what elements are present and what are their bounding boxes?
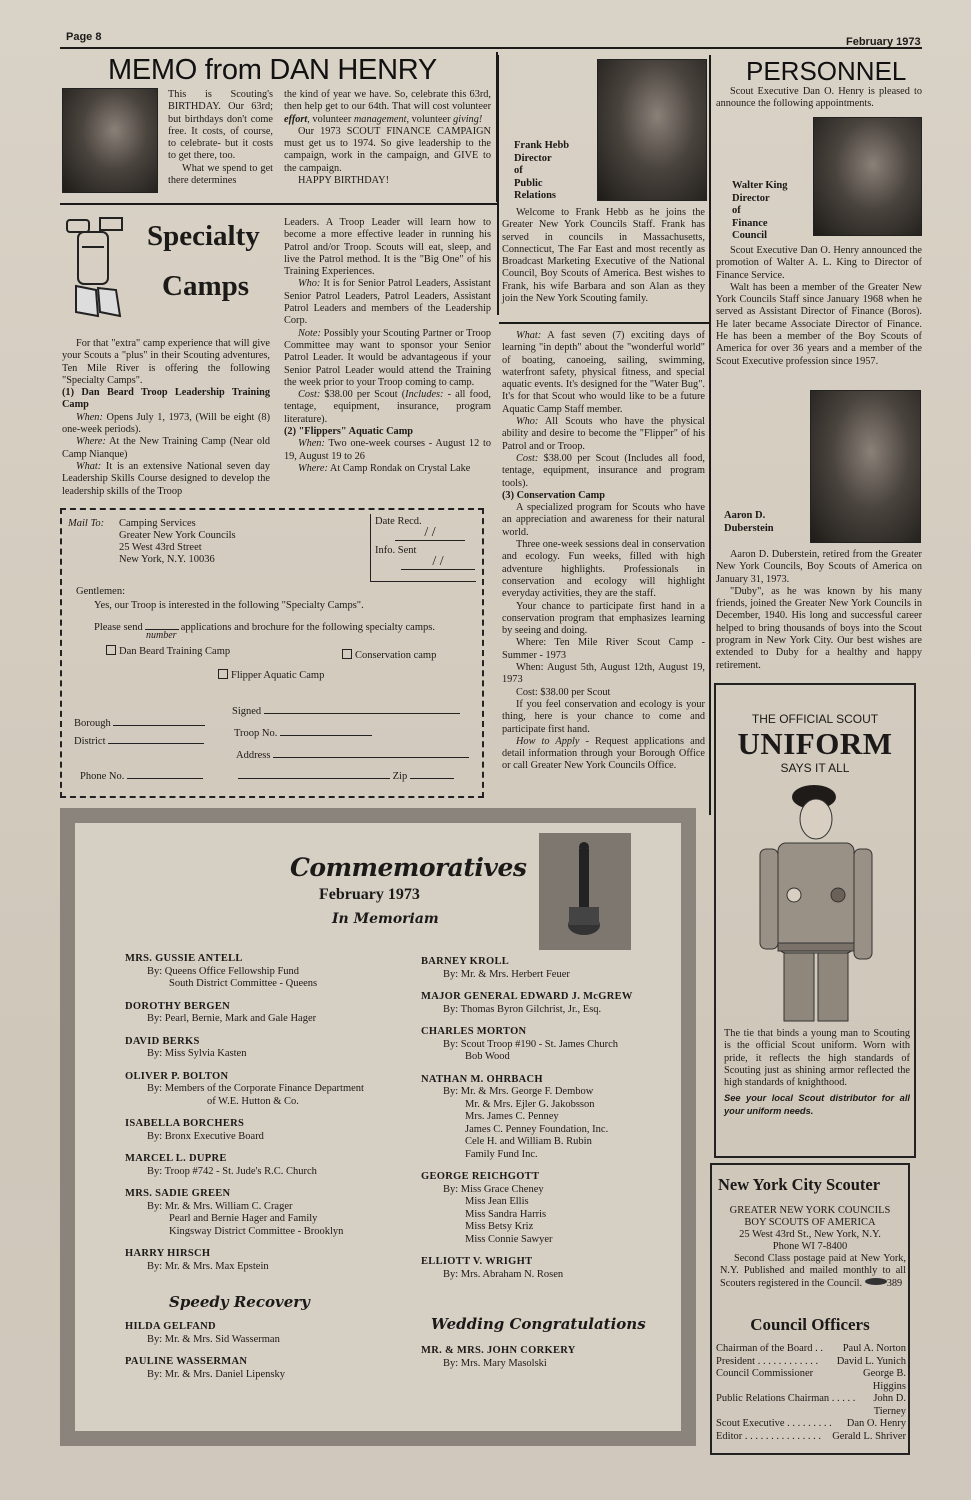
memoriam-entry: ISABELLA BORCHERSBy: Bronx Executive Boa… [125,1118,425,1143]
recovery-entry: HILDA GELFANDBy: Mr. & Mrs. Sid Wasserma… [125,1321,425,1346]
district-field[interactable]: District [74,734,204,747]
page-number: Page 8 [66,31,101,43]
aaron-duberstein-photo [810,390,921,543]
camp2-when: When: Two one-week courses - August 12 t… [284,438,491,463]
camp1-note: Note: Possibly your Scouting Partner or … [284,328,491,389]
king-caption: Walter KingDirectorofFinanceCouncil [732,180,788,243]
specialty-camps-order-form: Mail To: Camping ServicesGreater New Yor… [60,508,484,798]
commemoratives-box: Commemoratives February 1973 In Memoriam… [60,808,696,1446]
memoriam-entry: DOROTHY BERGENBy: Pearl, Bernie, Mark an… [125,1001,425,1026]
masthead-title: New York City Scouter [718,1175,880,1195]
officer-row: Editor . . . . . . . . . . . . . . .Gera… [716,1431,906,1444]
memo-text-5: HAPPY BIRTHDAY! [284,175,491,187]
troop-no-field[interactable]: Troop No. [234,726,372,739]
camp2-what: What: A fast seven (7) exciting days of … [502,330,705,416]
camp1-cont: Leaders. A Troop Leader will learn how t… [284,217,491,278]
column-divider-right [709,55,711,815]
camp3-p4: If you feel conservation and ecology is … [502,699,705,736]
memoriam-entry: MARCEL L. DUPREBy: Troop #742 - St. Jude… [125,1153,425,1178]
backpack-boots-icon [62,212,132,327]
camp3-cost: Cost: $38.00 per Scout [502,687,705,699]
speedy-recovery-title: Speedy Recovery [169,1293,425,1311]
checkbox-flipper[interactable]: Flipper Aquatic Camp [218,669,324,681]
memo-text-2: What we spend to get there determines [168,163,273,188]
specialty-title-1: Specialty [147,220,260,253]
dub-p2: "Duby", as he was known by his many frie… [716,586,922,672]
column-divider [497,55,499,315]
uniform-ad-line1: THE OFFICIAL SCOUT [716,712,914,726]
personnel-intro: Scout Executive Dan O. Henry is pleased … [716,86,922,111]
address-field[interactable]: Address [236,748,469,761]
memo-text-3: the kind of year we have. So, celebrate … [284,89,491,126]
scout-uniform-illustration-icon [746,783,886,1023]
memoriam-right-column: BARNEY KROLLBy: Mr. & Mrs. Herbert Feuer… [421,956,691,1380]
camp1-what: What: It is an extensive National seven … [62,461,270,498]
memoriam-entry: CHARLES MORTONBy: Scout Troop #190 - St.… [421,1026,691,1064]
camp2-where: Where: At Camp Rondak on Crystal Lake [284,463,491,475]
camp3-where: Where: Ten Mile River Scout Camp - Summe… [502,637,705,662]
checkbox-conservation[interactable]: Conservation camp [342,649,436,661]
memoriam-left-column: MRS. GUSSIE ANTELLBy: Queens Office Fell… [125,953,425,1391]
form-line2: Please sendapplications and brochure for… [94,620,435,633]
wedding-entry: MR. & MRS. JOHN CORKERYBy: Mrs. Mary Mas… [421,1345,691,1370]
officers-list: Chairman of the Board . .Paul A. Norton … [716,1343,906,1443]
camp1-heading: (1) Dan Beard Troop Leadership Training … [62,387,270,412]
memoriam-entry: HARRY HIRSCHBy: Mr. & Mrs. Max Epstein [125,1248,425,1273]
hebb-rule [499,322,709,324]
masthead-org: GREATER NEW YORK COUNCILSBOY SCOUTS OF A… [712,1205,908,1253]
officer-row: Scout Executive . . . . . . . . .Dan O. … [716,1418,906,1431]
zip-field[interactable]: Zip [238,769,454,782]
wedding-title: Wedding Congratulations [431,1315,691,1333]
king-p1: Scout Executive Dan O. Henry announced t… [716,245,922,282]
camp2-who: Who: All Scouts who have the physical ab… [502,416,705,453]
mail-to-address: Camping ServicesGreater New York Council… [119,518,236,566]
camp2-cost: Cost: $38.00 per Scout (Includes all foo… [502,453,705,490]
memoriam-entry: OLIVER P. BOLTONBy: Members of the Corpo… [125,1071,425,1109]
borough-field[interactable]: Borough [74,716,205,729]
camp3-p1: A specialized program for Scouts who hav… [502,502,705,539]
form-line1: Yes, our Troop is interested in the foll… [94,600,364,611]
personnel-title: PERSONNEL [746,56,906,87]
uniform-ad-headline: UNIFORM [716,726,914,762]
camp3-when: When: August 5th, August 12th, August 19… [502,662,705,687]
uniform-ad-body: The tie that binds a young man to Scouti… [724,1028,910,1089]
commemoratives-title: Commemoratives [290,853,526,882]
uniform-ad-line3: SAYS IT ALL [716,761,914,775]
officer-row: Chairman of the Board . .Paul A. Norton [716,1343,906,1356]
statue-icon [539,833,631,950]
phone-field[interactable]: Phone No. [80,769,203,782]
signed-field[interactable]: Signed [232,704,460,717]
walter-king-photo [813,117,922,236]
number-field[interactable] [145,620,179,630]
info-sent-field[interactable]: / / [401,556,475,570]
camp1-when: When: Opens July 1, 1973, (Will be eight… [62,412,270,437]
camp1-who: Who: It is for Senior Patrol Leaders, As… [284,278,491,327]
officer-row: Council CommissionerGeorge B. Higgins [716,1368,906,1393]
camp2-heading: (2) "Flippers" Aquatic Camp [284,426,491,438]
newspaper-page: Page 8 February 1973 MEMO from DAN HENRY… [0,0,971,1500]
statue-photo [539,833,631,950]
memo-text-4: Our 1973 SCOUT FINANCE CAMPAIGN must get… [284,126,491,175]
salutation: Gentlemen: [76,586,125,597]
specialty-intro: For that "extra" camp experience that wi… [62,338,270,387]
memoriam-entry: MAJOR GENERAL EDWARD J. McGREWBy: Thomas… [421,991,691,1016]
union-bug-icon [865,1278,887,1285]
officers-title: Council Officers [712,1315,908,1335]
memoriam-entry: MRS. GUSSIE ANTELLBy: Queens Office Fell… [125,953,425,991]
masthead-box: New York City Scouter GREATER NEW YORK C… [710,1163,910,1455]
memoriam-entry: NATHAN M. OHRBACHBy: Mr. & Mrs. George F… [421,1074,691,1162]
duberstein-caption: Aaron D.Duberstein [724,510,774,535]
memo-rule [60,203,498,205]
mail-to-label: Mail To: [68,518,104,529]
hebb-text: Welcome to Frank Hebb as he joins the Gr… [502,207,705,305]
checkbox-icon [218,669,228,679]
memoriam-entry: GEORGE REICHGOTTBy: Miss Grace Cheney Mi… [421,1171,691,1246]
commemoratives-date: February 1973 [319,886,420,904]
specialty-title-2: Camps [162,270,249,303]
memoriam-entry: MRS. SADIE GREENBy: Mr. & Mrs. William C… [125,1188,425,1238]
date-recd-field[interactable]: / / [395,527,465,541]
camp3-p2: Three one-week sessions deal in conserva… [502,539,705,600]
officer-row: President . . . . . . . . . . . .David L… [716,1356,906,1369]
camp1-cost: Cost: $38.00 per Scout (Includes: - all … [284,389,491,426]
memo-title: MEMO from DAN HENRY [108,54,437,87]
uniform-ad: THE OFFICIAL SCOUT UNIFORM SAYS IT ALL T… [714,683,916,1158]
uniform-ad-tagline: See your local Scout distributor for all… [724,1092,910,1117]
king-p2: Walt has been a member of the Greater Ne… [716,282,922,368]
recovery-entry: PAULINE WASSERMANBy: Mr. & Mrs. Daniel L… [125,1356,425,1381]
memoriam-entry: ELLIOTT V. WRIGHTBy: Mrs. Abraham N. Ros… [421,1256,691,1281]
in-memoriam-title: In Memoriam [332,911,439,927]
memoriam-entry: DAVID BERKSBy: Miss Sylvia Kasten [125,1036,425,1061]
hebb-caption: Frank HebbDirectorofPublicRelations [514,140,569,203]
how-to-apply: How to Apply - Request applications and … [502,736,705,773]
dub-p1: Aaron D. Duberstein, retired from the Gr… [716,549,922,586]
memoriam-entry: BARNEY KROLLBy: Mr. & Mrs. Herbert Feuer [421,956,691,981]
camp3-heading: (3) Conservation Camp [502,490,705,502]
camp3-p3: Your chance to participate first hand in… [502,601,705,638]
camp1-where: Where: At the New Training Camp (Near ol… [62,436,270,461]
memo-text-1: This is Scouting's BIRTHDAY. Our 63rd; b… [168,89,273,163]
checkbox-dan-beard[interactable]: Dan Beard Training Camp [106,645,230,657]
dan-henry-photo [62,88,158,193]
frank-hebb-photo [597,59,707,201]
office-use-box: Date Recd. / / Info. Sent / / [370,514,476,582]
checkbox-icon [342,649,352,659]
masthead-postage: Second Class postage paid at New York, N… [720,1253,906,1290]
checkbox-icon [106,645,116,655]
officer-row: Public Relations Chairman . . . . .John … [716,1393,906,1418]
header-rule [60,47,922,49]
